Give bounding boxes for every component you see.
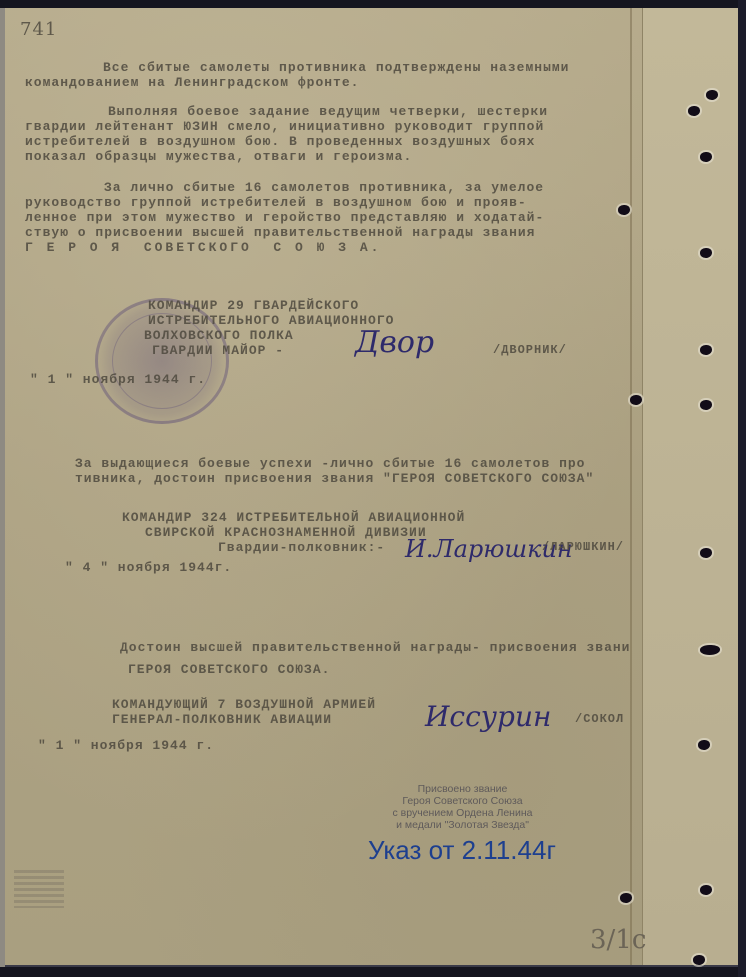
award-stamp-line-3: с вручением Ордена Ленина — [380, 807, 545, 819]
sig1-title-line-4: ГВАРДИИ МАЙОР - — [152, 343, 284, 358]
paragraph-3-line-4: ствую о присвоении высшей правительствен… — [25, 225, 535, 240]
resolution-1-line-2: тивника, достоин присвоения звания "ГЕРО… — [75, 471, 594, 486]
sig3-title-line-2: ГЕНЕРАЛ-ПОЛКОВНИК АВИАЦИИ — [112, 712, 332, 727]
sig2-title-line-3: Гвардии-полковник:- — [218, 540, 385, 555]
resolution-1-line-1: За выдающиеся боевые успехи -лично сбиты… — [75, 456, 585, 471]
paragraph-1-line-2: командованием на Ленинградском фронте. — [25, 75, 359, 90]
sig3-name: /СОКОЛ — [575, 712, 624, 727]
award-stamp: Присвоено звание Героя Советского Союза … — [380, 783, 545, 831]
paragraph-2-line-1: Выполняя боевое задание ведущим четверки… — [108, 104, 548, 119]
award-stamp-line-1: Присвоено звание — [380, 783, 545, 795]
sig2-date: " 4 " ноября 1944г. — [65, 560, 232, 575]
page-right-margin-strip — [642, 8, 739, 965]
sig3-handwritten-signature: Иссурин — [425, 700, 551, 733]
frame-right-edge — [738, 0, 746, 977]
paragraph-1-line-1: Все сбитые самолеты противника подтвержд… — [103, 60, 569, 75]
frame-bottom-edge — [0, 967, 746, 977]
page-fold-line — [630, 8, 632, 965]
paragraph-2-line-4: показал образцы мужества, отваги и герои… — [25, 149, 412, 164]
award-stamp-line-2: Героя Советского Союза — [380, 795, 545, 807]
faded-stamp-mark — [14, 870, 64, 908]
sig1-handwritten-signature: Двор — [355, 325, 434, 360]
archive-mark: 3/1с — [590, 925, 646, 955]
sig2-title-line-1: КОМАНДИР 324 ИСТРЕБИТЕЛЬНОЙ АВИАЦИОННОЙ — [122, 510, 465, 525]
sig2-name: /ЛАРЮШКИН/ — [542, 540, 624, 555]
award-stamp-line-4: и медали "Золотая Звезда" — [380, 819, 545, 831]
sig3-title-line-1: КОМАНДУЮЩИЙ 7 ВОЗДУШНОЙ АРМИЕЙ — [112, 697, 376, 712]
resolution-2-line-1: Достоин высшей правительственной награды… — [120, 640, 630, 655]
paragraph-3-line-5: Г Е Р О Я СОВЕТСКОГО С О Ю З А. — [25, 240, 381, 255]
resolution-2-line-2: ГЕРОЯ СОВЕТСКОГО СОЮЗА. — [128, 662, 330, 677]
sig1-name: /ДВОРНИК/ — [493, 343, 567, 358]
paragraph-3-line-2: руководство группой истребителей в возду… — [25, 195, 527, 210]
paragraph-3-line-1: За лично сбитые 16 самолетов противника,… — [104, 180, 544, 195]
sig1-date: " 1 " ноября 1944 г. — [30, 372, 206, 387]
sig1-title-line-1: КОМАНДИР 29 ГВАРДЕЙСКОГО — [148, 298, 359, 313]
sig2-title-line-2: СВИРСКОЙ КРАСНОЗНАМЕННОЙ ДИВИЗИИ — [145, 525, 427, 540]
sig3-date: " 1 " ноября 1944 г. — [38, 738, 214, 753]
page-number: 741 — [20, 22, 57, 37]
handwritten-decree-note: Указ от 2.11.44г — [368, 835, 556, 866]
paragraph-3-line-3: ленное при этом мужество и геройство пре… — [25, 210, 544, 225]
paragraph-2-line-3: истребителей в воздушном бою. В проведен… — [25, 134, 535, 149]
paragraph-2-line-2: гвардии лейтенант ЮЗИН смело, инициативн… — [25, 119, 544, 134]
sig1-title-line-3: ВОЛХОВСКОГО ПОЛКА — [144, 328, 294, 343]
frame-top-edge — [0, 0, 746, 8]
